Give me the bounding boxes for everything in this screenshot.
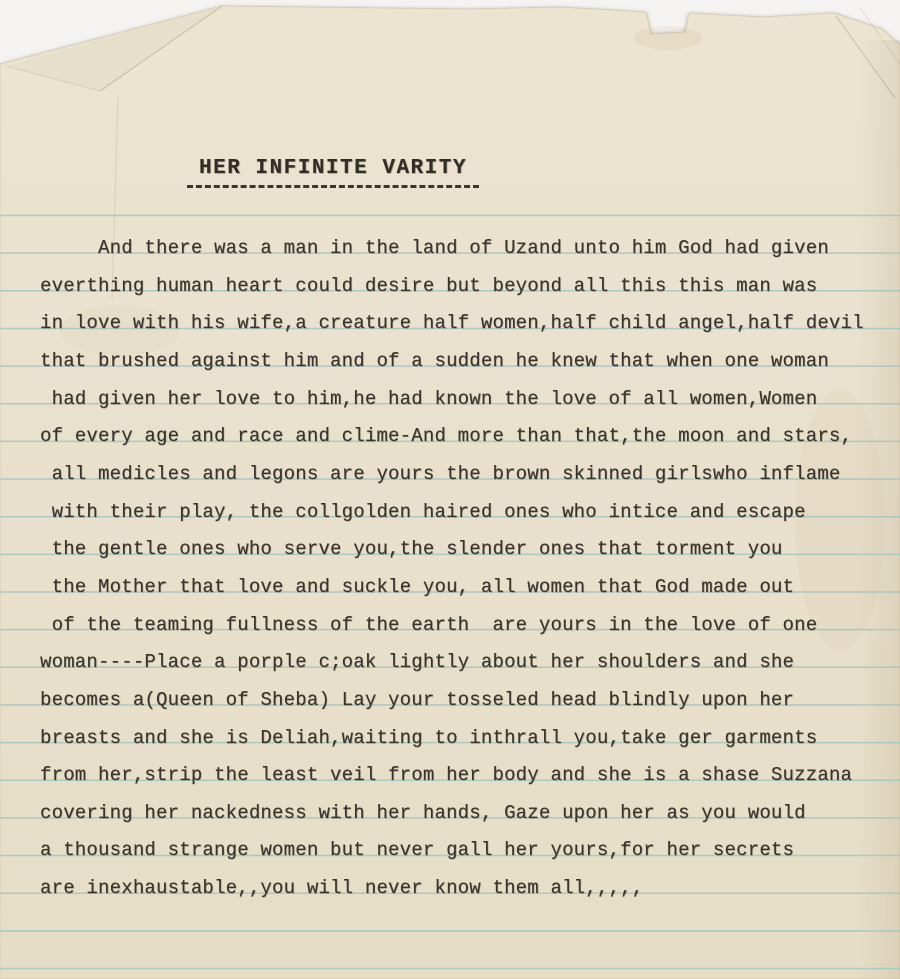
title-underline: HER INFINITE VARITY <box>187 157 479 188</box>
typed-line: that brushed against him and of a sudden… <box>40 349 829 373</box>
typed-line: becomes a(Queen of Sheba) Lay your tosse… <box>40 688 794 712</box>
typed-line: And there was a man in the land of Uzand… <box>40 236 829 260</box>
typed-line: of every age and race and clime-And more… <box>40 424 852 448</box>
typed-line: had given her love to him,he had known t… <box>40 387 817 411</box>
typed-line: breasts and she is Deliah,waiting to int… <box>40 726 817 750</box>
typed-line: everthing human heart could desire but b… <box>40 274 817 298</box>
typed-line: of the teaming fullness of the earth are… <box>40 613 817 637</box>
scanned-document-page: HER INFINITE VARITY And there was a man … <box>0 0 900 979</box>
typed-line: with their play, the collgolden haired o… <box>40 500 806 524</box>
typewritten-text-layer: HER INFINITE VARITY And there was a man … <box>0 0 900 979</box>
typed-line: covering her nackedness with her hands, … <box>40 801 806 825</box>
page-title: HER INFINITE VARITY <box>199 157 467 180</box>
typed-line: the Mother that love and suckle you, all… <box>40 575 794 599</box>
typed-line: a thousand strange women but never gall … <box>40 838 794 862</box>
typed-line: the gentle ones who serve you,the slende… <box>40 537 783 561</box>
typed-line: all medicles and legons are yours the br… <box>40 462 841 486</box>
typed-line: in love with his wife,a creature half wo… <box>40 311 864 335</box>
typed-line: woman----Place a porple c;oak lightly ab… <box>40 650 794 674</box>
typed-line: are inexhaustable,,you will never know t… <box>40 876 643 900</box>
typed-line: from her,strip the least veil from her b… <box>40 763 852 787</box>
